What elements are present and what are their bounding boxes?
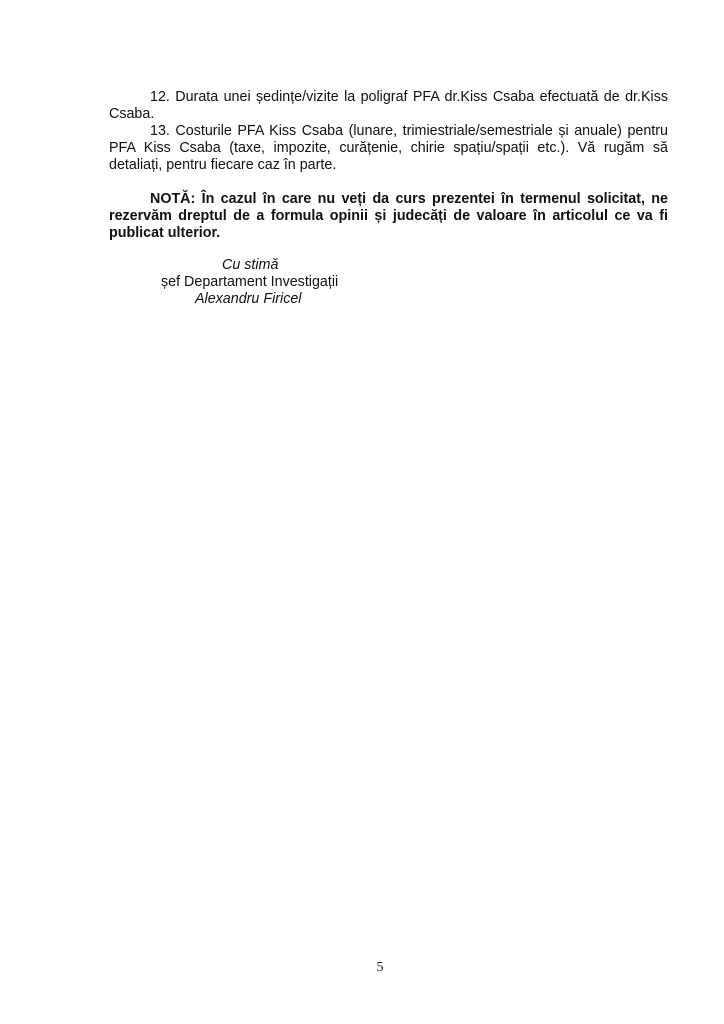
page-number: 5 [370, 960, 390, 976]
signature-block: Cu stimă șef Departament Investigații Al… [109, 257, 409, 308]
signature-greeting: Cu stimă [222, 257, 409, 274]
list-item-12: 12. Durata unei ședințe/vizite la poligr… [109, 89, 668, 123]
note-paragraph: NOTĂ: În cazul în care nu veți da curs p… [109, 191, 668, 242]
document-body: 12. Durata unei ședințe/vizite la poligr… [109, 89, 668, 242]
list-item-13: 13. Costurile PFA Kiss Csaba (lunare, tr… [109, 123, 668, 174]
document-page: 12. Durata unei ședințe/vizite la poligr… [0, 0, 724, 1024]
signature-title: șef Departament Investigații [161, 274, 409, 291]
signature-name: Alexandru Firicel [195, 291, 409, 308]
